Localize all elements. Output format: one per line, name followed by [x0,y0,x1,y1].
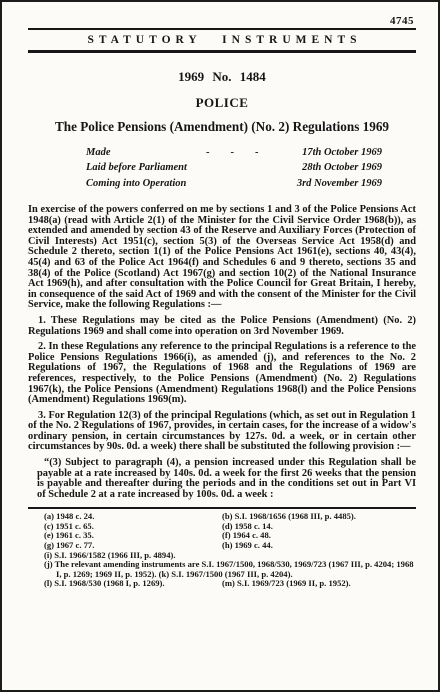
si-number: 1969 No. 1484 [28,69,416,85]
date-label: Coming into Operation [86,176,206,192]
date-row-operation: Coming into Operation 3rd November 1969 [86,176,382,192]
paragraph-number: 2. [38,341,46,352]
date-dashes [206,176,272,192]
footnote: (m) S.I. 1969/723 (1969 II, p. 1952). [222,579,416,589]
page-number: 4745 [28,15,416,27]
footnote-row: (l) S.I. 1968/530 (1968 I, p. 1269). (m)… [44,579,416,589]
header-rule-bottom [28,50,416,53]
regulation-paragraph-2: 2. In these Regulations any reference to… [28,342,416,406]
dates-table: Made - - - 17th October 1969 Laid before… [86,145,382,192]
date-dashes [206,160,272,176]
paragraph-text: In these Regulations any reference to th… [28,341,416,405]
regulation-paragraph-1: 1. These Regulations may be cited as the… [28,316,416,337]
date-label: Made [86,145,206,161]
date-label: Laid before Parliament [86,160,206,176]
document-page: 4745 STATUTORY INSTRUMENTS 1969 No. 1484… [0,0,440,692]
footnote: (j) The relevant amending instruments ar… [44,560,416,579]
footnote-rule [28,507,416,509]
paragraph-number: 3. [38,410,46,421]
footnote: (l) S.I. 1968/530 (1968 I, p. 1269). [44,579,222,589]
date-dashes: - - - [206,145,272,161]
footnotes-section: (a) 1948 c. 24. (b) S.I. 1968/1656 (1968… [28,507,416,589]
statutory-instruments-banner: STATUTORY INSTRUMENTS [28,30,416,50]
document-title: The Police Pensions (Amendment) (No. 2) … [28,119,416,135]
footnote: (h) 1969 c. 44. [222,541,416,551]
date-value: 28th October 1969 [272,160,382,176]
date-value: 3rd November 1969 [272,176,382,192]
paragraph-text: For Regulation 12(3) of the principal Re… [28,410,416,453]
quoted-provision: “(3) Subject to paragraph (4), a pension… [37,458,416,500]
paragraph-number: 1. [38,315,46,326]
paragraph-text: These Regulations may be cited as the Po… [28,315,416,337]
regulation-paragraph-3: 3. For Regulation 12(3) of the principal… [28,411,416,453]
preamble-paragraph: In exercise of the powers conferred on m… [28,205,416,311]
subject-heading: POLICE [28,95,416,111]
date-row-laid: Laid before Parliament 28th October 1969 [86,160,382,176]
date-value: 17th October 1969 [272,145,382,161]
date-row-made: Made - - - 17th October 1969 [86,145,382,161]
